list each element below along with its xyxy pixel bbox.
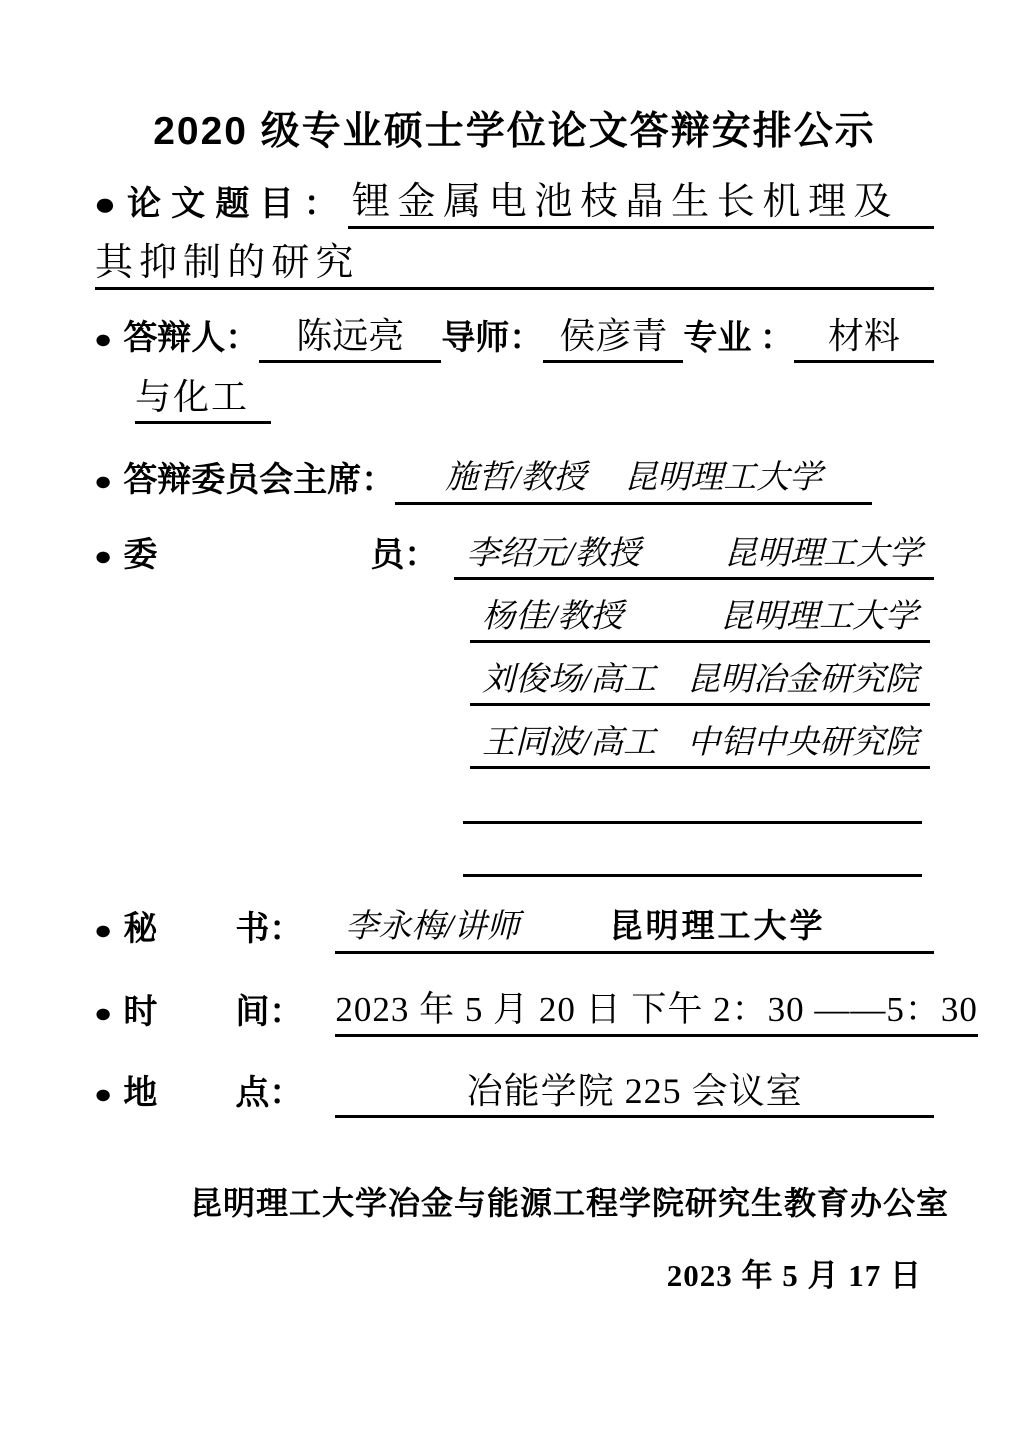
thesis-title-value-line2: 其抑制的研究 xyxy=(95,239,934,290)
advisor-label: 导师： xyxy=(441,315,543,363)
location-field: ● 地 点： 冶能学院 225 会议室 xyxy=(95,1067,934,1118)
member-name: 刘俊场/高工 xyxy=(482,657,656,703)
member-org: 昆明理工大学 xyxy=(720,594,918,640)
advisor-name: 侯彦青 xyxy=(543,312,683,363)
thesis-title-label: 论文题目： xyxy=(127,181,348,229)
location-label-char1: 地 xyxy=(123,1070,157,1118)
time-label-char1: 时 xyxy=(123,989,157,1037)
member-org: 昆明理工大学 xyxy=(724,531,922,577)
time-field: ● 时 间： 2023 年 5 月 20 日 下午 2：30 ——5：30 xyxy=(95,986,934,1037)
committee-label-char2: 员： xyxy=(370,532,438,580)
committee-member-row: 王同波/高工 中铝中央研究院 xyxy=(470,720,930,769)
bullet-icon: ● xyxy=(94,315,113,363)
committee-chair-field: ● 答辩委员会主席： 施哲/教授 昆明理工大学 xyxy=(95,454,934,505)
thesis-title-field-continued: 其抑制的研究 xyxy=(95,239,934,290)
defense-announcement-document: 2020 级专业硕士学位论文答辩安排公示 ● 论文题目： 锂金属电池枝晶生长机理… xyxy=(0,0,1024,1448)
bullet-icon: ● xyxy=(94,181,117,229)
committee-member-row: 杨佳/教授 昆明理工大学 xyxy=(470,594,930,643)
page-title: 2020 级专业硕士学位论文答辩安排公示 xyxy=(95,100,934,156)
committee-members-label: 委 员： xyxy=(123,532,438,580)
secretary-name: 李永梅/讲师 xyxy=(345,903,519,951)
time-label: 时 间： xyxy=(123,989,303,1037)
secretary-label-char1: 秘 xyxy=(123,906,157,954)
defender-field: ● 答辩人： 陈远亮 导师： 侯彦青 专业 ： 材料 xyxy=(95,312,934,363)
secretary-org: 昆明理工大学 xyxy=(609,903,825,951)
secretary-field: ● 秘 书： 李永梅/讲师 昆明理工大学 xyxy=(95,903,934,954)
bullet-icon: ● xyxy=(94,906,113,954)
major-field-continued: 与化工 xyxy=(95,373,934,424)
major-value-line1: 材料 xyxy=(794,312,934,363)
major-label: 专业 ： xyxy=(683,315,794,363)
committee-chair-value: 施哲/教授 昆明理工大学 xyxy=(395,454,872,505)
member-name: 王同波/高工 xyxy=(482,720,656,766)
time-value: 2023 年 5 月 20 日 下午 2：30 ——5：30 xyxy=(335,986,978,1037)
committee-member-row: 刘俊场/高工 昆明冶金研究院 xyxy=(470,657,930,706)
issuing-office: 昆明理工大学冶金与能源工程学院研究生教育办公室 xyxy=(95,1178,934,1224)
location-label: 地 点： xyxy=(123,1070,303,1118)
time-label-char2: 间： xyxy=(235,989,303,1037)
defender-label: 答辩人： xyxy=(123,315,259,363)
secretary-value: 李永梅/讲师 昆明理工大学 xyxy=(335,903,934,954)
committee-label-char1: 委 xyxy=(123,532,157,580)
thesis-title-field: ● 论文题目： 锂金属电池枝晶生长机理及 xyxy=(95,178,934,229)
chair-name: 施哲/教授 xyxy=(445,454,586,502)
major-value-line2: 与化工 xyxy=(135,373,271,424)
issue-date: 2023 年 5 月 17 日 xyxy=(95,1250,934,1295)
member-name: 李绍元/教授 xyxy=(466,531,640,577)
bullet-icon: ● xyxy=(94,989,113,1037)
thesis-title-value-line1: 锂金属电池枝晶生长机理及 xyxy=(348,178,934,229)
defender-name: 陈远亮 xyxy=(259,312,441,363)
member-name: 杨佳/教授 xyxy=(482,594,623,640)
bullet-icon: ● xyxy=(94,457,113,505)
committee-chair-label: 答辩委员会主席： xyxy=(123,457,395,505)
chair-org: 昆明理工大学 xyxy=(624,454,822,502)
empty-signature-line xyxy=(463,771,922,824)
secretary-label: 秘 书： xyxy=(123,906,303,954)
member-org: 中铝中央研究院 xyxy=(687,720,918,766)
location-value: 冶能学院 225 会议室 xyxy=(335,1067,934,1118)
secretary-label-char2: 书： xyxy=(235,906,303,954)
committee-members-field: ● 委 员： 李绍元/教授 昆明理工大学 xyxy=(95,531,934,580)
bullet-icon: ● xyxy=(94,532,113,580)
committee-member-row: 李绍元/教授 昆明理工大学 xyxy=(454,531,934,580)
location-label-char2: 点： xyxy=(235,1070,303,1118)
bullet-icon: ● xyxy=(94,1070,113,1118)
member-org: 昆明冶金研究院 xyxy=(687,657,918,703)
empty-signature-line xyxy=(463,824,922,877)
